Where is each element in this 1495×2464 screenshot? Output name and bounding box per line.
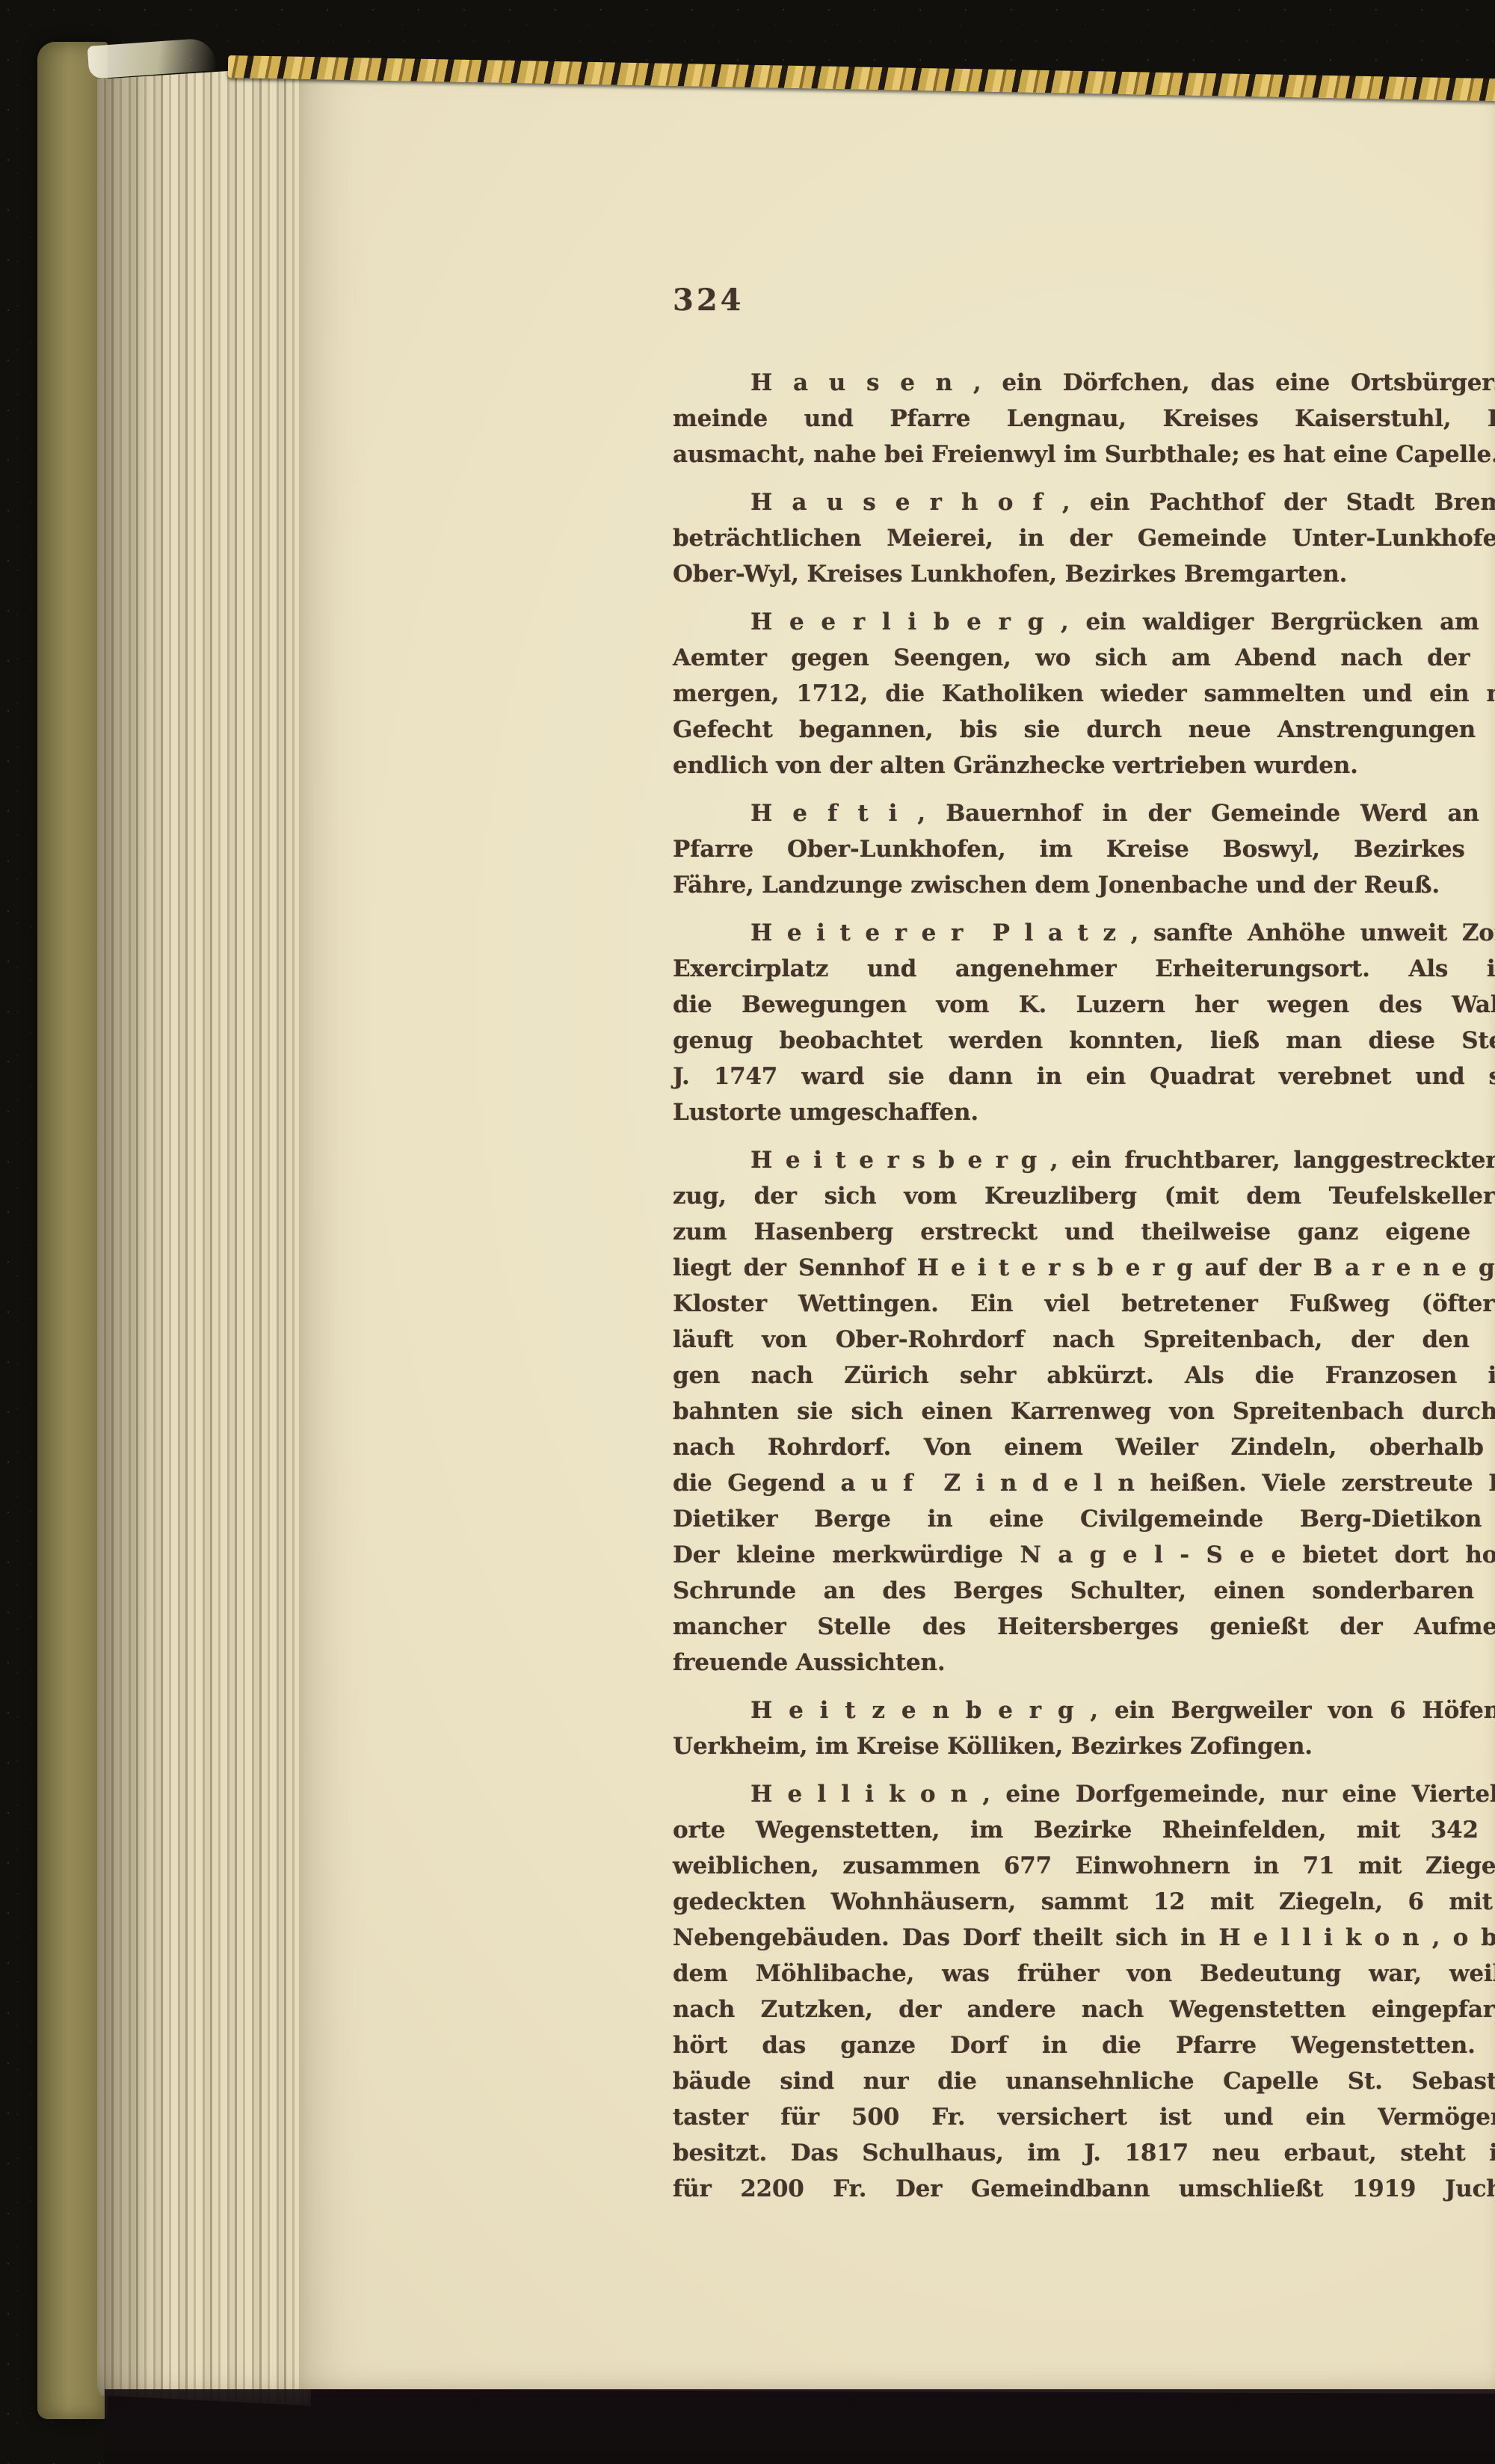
text-line: mergen, 1712, die Katholiken wieder samm… bbox=[673, 676, 1495, 712]
text-line: nach Zutzken, der andere nach Wegenstett… bbox=[673, 1992, 1495, 2027]
text-line: J. 1747 ward sie dann in ein Quadrat ver… bbox=[673, 1059, 1495, 1094]
book-page: 324 H a u s e n , ein Dörfchen, das eine… bbox=[299, 67, 1495, 2394]
text-line: Ober-Wyl, Kreises Lunkhofen, Bezirkes Br… bbox=[673, 556, 1495, 592]
page-number: 324 bbox=[673, 283, 745, 318]
text-line: Uerkheim, im Kreise Kölliken, Bezirkes Z… bbox=[673, 1728, 1495, 1764]
text-line: zug, der sich vom Kreuzliberg (mit dem T… bbox=[673, 1178, 1495, 1214]
book-cover-edge bbox=[37, 42, 108, 2419]
text-line: Fähre, Landzunge zwischen dem Jonenbache… bbox=[673, 867, 1495, 903]
text-line: beträchtlichen Meierei, in der Gemeinde … bbox=[673, 520, 1495, 556]
text-line: endlich von der alten Gränzhecke vertrie… bbox=[673, 748, 1495, 783]
paragraph-hellikon: H e l l i k o n , eine Dorfgemeinde, nur… bbox=[673, 1776, 1495, 2207]
text-line: H e i t e r s b e r g , ein fruchtbarer,… bbox=[673, 1142, 1495, 1178]
text-line: ausmacht, nahe bei Freienwyl im Surbthal… bbox=[673, 437, 1495, 472]
text-line: bahnten sie sich einen Karrenweg von Spr… bbox=[673, 1393, 1495, 1429]
text-line: dem Möhlibache, was früher von Bedeutung… bbox=[673, 1956, 1495, 1992]
text-line: genug beobachtet werden konnten, ließ ma… bbox=[673, 1023, 1495, 1059]
text-line: Pfarre Ober-Lunkhofen, im Kreise Boswyl,… bbox=[673, 831, 1495, 867]
text-line: Schrunde an des Berges Schulter, einen s… bbox=[673, 1573, 1495, 1609]
text-line: nach Rohrdorf. Von einem Weiler Zindeln,… bbox=[673, 1429, 1495, 1465]
text-line: H e i t z e n b e r g , ein Bergweiler v… bbox=[673, 1693, 1495, 1728]
text-line: die Bewegungen vom K. Luzern her wegen d… bbox=[673, 987, 1495, 1023]
page-bottom-shadow bbox=[105, 2389, 1495, 2464]
text-line: bäude sind nur die unansehnliche Capelle… bbox=[673, 2063, 1495, 2099]
text-line: für 2200 Fr. Der Gemeindbann umschließt … bbox=[673, 2171, 1495, 2207]
text-line: freuende Aussichten. bbox=[673, 1645, 1495, 1681]
text-line: H e f t i , Bauernhof in der Gemeinde We… bbox=[673, 795, 1495, 831]
text-line: Gefecht begannen, bis sie durch neue Ans… bbox=[673, 712, 1495, 748]
text-line: orte Wegenstetten, im Bezirke Rheinfelde… bbox=[673, 1812, 1495, 1848]
text-line: Der kleine merkwürdige N a g e l - S e e… bbox=[673, 1537, 1495, 1573]
text-line: Kloster Wettingen. Ein viel betretener F… bbox=[673, 1286, 1495, 1322]
text-line: H e i t e r e r P l a t z , sanfte Anhöh… bbox=[673, 915, 1495, 951]
text-line: weiblichen, zusammen 677 Einwohnern in 7… bbox=[673, 1848, 1495, 1884]
text-line: zum Hasenberg erstreckt und theilweise g… bbox=[673, 1214, 1495, 1250]
text-line: Aemter gegen Seengen, wo sich am Abend n… bbox=[673, 640, 1495, 676]
text-line: die Gegend a u f Z i n d e l n heißen. V… bbox=[673, 1465, 1495, 1501]
text-line: gedeckten Wohnhäusern, sammt 12 mit Zieg… bbox=[673, 1884, 1495, 1920]
text-line: H a u s e r h o f , ein Pachthof der Sta… bbox=[673, 484, 1495, 520]
text-line: mancher Stelle des Heitersberges genießt… bbox=[673, 1609, 1495, 1645]
text-line: liegt der Sennhof H e i t e r s b e r g … bbox=[673, 1250, 1495, 1286]
text-line: gen nach Zürich sehr abkürzt. Als die Fr… bbox=[673, 1358, 1495, 1393]
text-line: meinde und Pfarre Lengnau, Kreises Kaise… bbox=[673, 401, 1495, 437]
text-line: H e e r l i b e r g , ein waldiger Bergr… bbox=[673, 604, 1495, 640]
paragraph-hauserhof: H a u s e r h o f , ein Pachthof der Sta… bbox=[673, 484, 1495, 592]
text-line: Nebengebäuden. Das Dorf theilt sich in H… bbox=[673, 1920, 1495, 1956]
paragraph-hefti: H e f t i , Bauernhof in der Gemeinde We… bbox=[673, 795, 1495, 903]
text-line: Dietiker Berge in eine Civilgemeinde Ber… bbox=[673, 1501, 1495, 1537]
paragraph-heitersberg: H e i t e r s b e r g , ein fruchtbarer,… bbox=[673, 1142, 1495, 1681]
paragraph-heitzenberg: H e i t z e n b e r g , ein Bergweiler v… bbox=[673, 1693, 1495, 1764]
book-page-edges bbox=[97, 66, 311, 2406]
text-line: besitzt. Das Schulhaus, im J. 1817 neu e… bbox=[673, 2135, 1495, 2171]
text-line: hört das ganze Dorf in die Pfarre Wegens… bbox=[673, 2027, 1495, 2063]
text-line: läuft von Ober-Rohrdorf nach Spreitenbac… bbox=[673, 1322, 1495, 1358]
text-line: Exercirplatz und angenehmer Erheiterungs… bbox=[673, 951, 1495, 987]
paragraph-heiterer-platz: H e i t e r e r P l a t z , sanfte Anhöh… bbox=[673, 915, 1495, 1130]
paragraph-heerliberg: H e e r l i b e r g , ein waldiger Bergr… bbox=[673, 604, 1495, 783]
text-line: H e l l i k o n , eine Dorfgemeinde, nur… bbox=[673, 1776, 1495, 1812]
paragraph-hausen: H a u s e n , ein Dörfchen, das eine Ort… bbox=[673, 365, 1495, 472]
text-line: Lustorte umgeschaffen. bbox=[673, 1094, 1495, 1130]
text-line: taster für 500 Fr. versichert ist und ei… bbox=[673, 2099, 1495, 2135]
text-block: H a u s e n , ein Dörfchen, das eine Ort… bbox=[673, 365, 1495, 2207]
text-line: H a u s e n , ein Dörfchen, das eine Ort… bbox=[673, 365, 1495, 401]
